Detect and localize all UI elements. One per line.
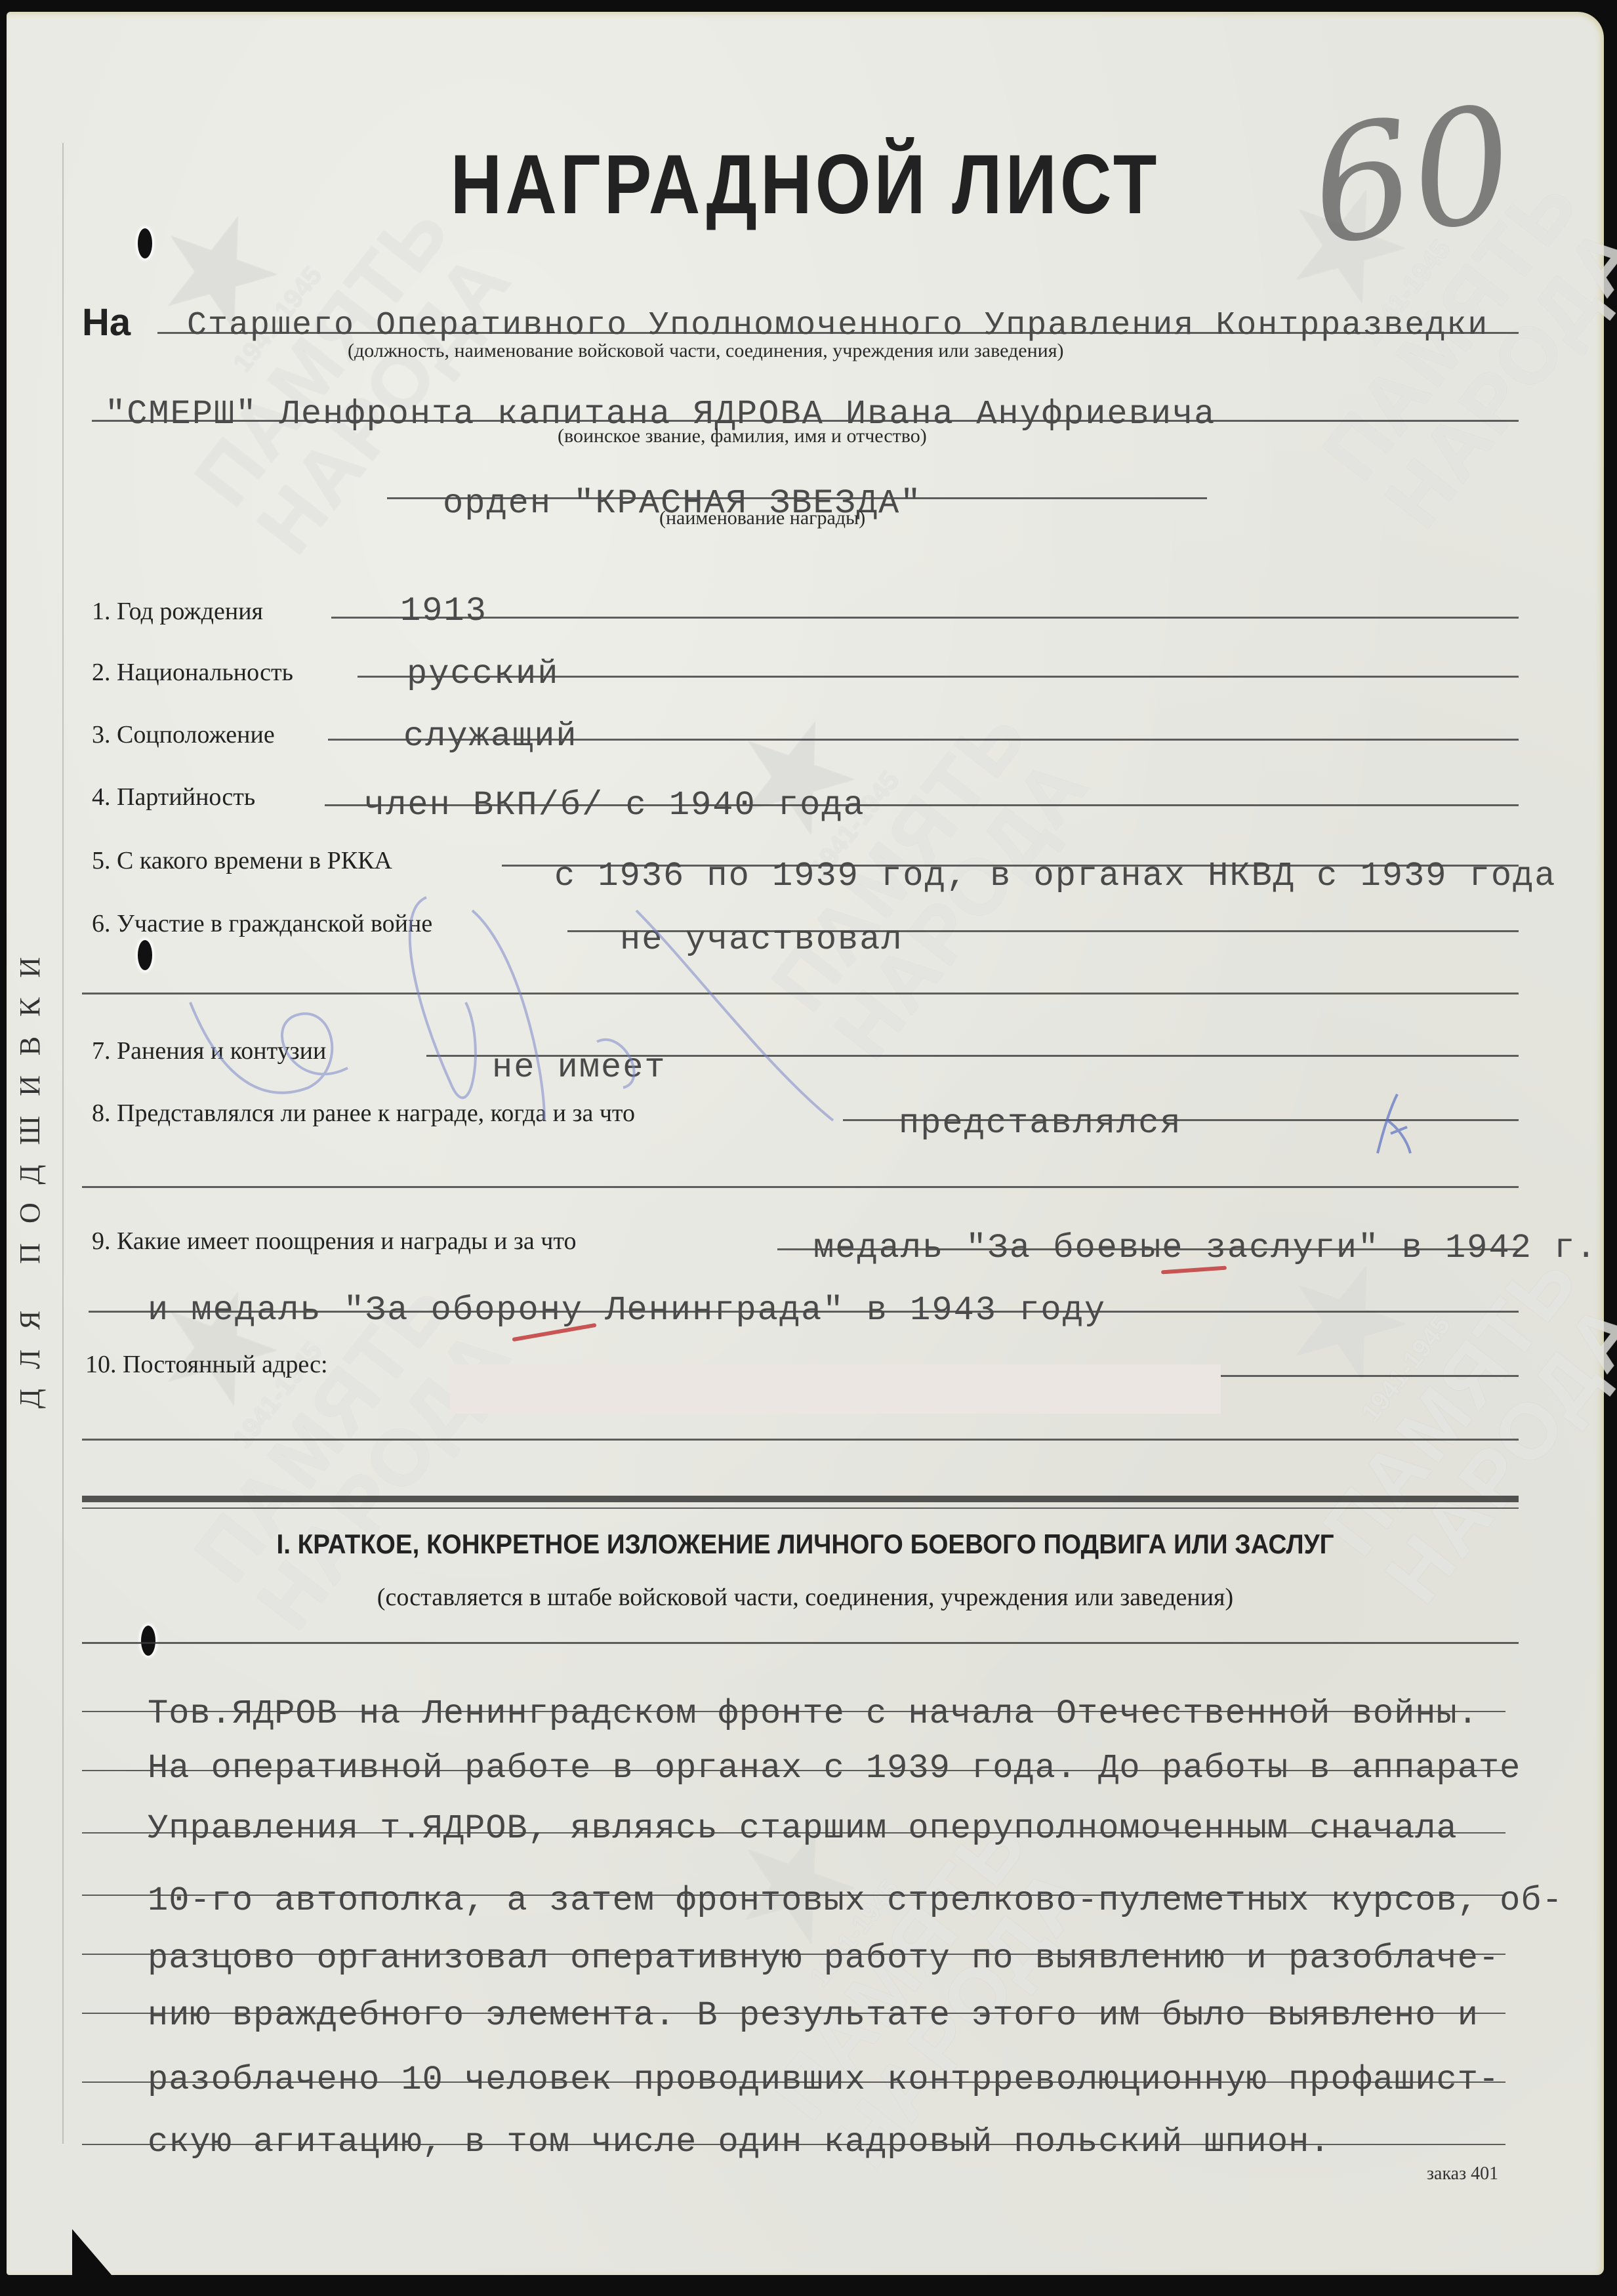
narrative-line: На оперативной работе в органах с 1939 г… bbox=[148, 1749, 1521, 1788]
field-value-party: член ВКП/б/ с 1940 года bbox=[364, 786, 865, 825]
redacted-address bbox=[450, 1364, 1221, 1414]
field-label-birth-year: 1. Год рождения bbox=[92, 597, 263, 626]
field-value-birth-year: 1913 bbox=[400, 592, 487, 630]
narrative-line: Управления т.ЯДРОВ, являясь старшим опер… bbox=[148, 1809, 1458, 1848]
section-subheading: (составляется в штабе войсковой части, с… bbox=[7, 1583, 1604, 1612]
torn-corner bbox=[72, 2229, 112, 2275]
rule bbox=[1220, 1375, 1519, 1377]
field-label-awards: 9. Какие имеет поощрения и награды и за … bbox=[92, 1227, 577, 1256]
narrative-line: 10-го автополка, а затем фронтовых стрел… bbox=[148, 1881, 1563, 1920]
position-value: Старшего Оперативного Уполномоченного Уп… bbox=[187, 307, 1488, 344]
field-label-nationality: 2. Национальность bbox=[92, 658, 293, 687]
award-caption: (наименование награды) bbox=[659, 507, 865, 529]
field-value-social-status: служащий bbox=[403, 717, 578, 756]
field-value-nationality: русский bbox=[407, 655, 559, 693]
print-order-number: заказ 401 bbox=[1427, 2163, 1498, 2184]
rule bbox=[82, 1186, 1519, 1188]
punch-hole-icon bbox=[138, 940, 152, 970]
blue-pencil-mark bbox=[1371, 1088, 1417, 1160]
name-caption: (воинское звание, фамилия, имя и отчеств… bbox=[558, 425, 927, 447]
narrative-line: разцово организовал оперативную работу п… bbox=[148, 1939, 1500, 1978]
field-label-party: 4. Партийность bbox=[92, 783, 255, 811]
section-divider bbox=[82, 1507, 1519, 1509]
narrative-line: нию враждебного элемента. В результате э… bbox=[148, 1996, 1479, 2035]
section-heading: I. КРАТКОЕ, КОНКРЕТНОЕ ИЗЛОЖЕНИЕ ЛИЧНОГО… bbox=[70, 1528, 1540, 1560]
rule bbox=[82, 1642, 1519, 1644]
narrative-line: Тов.ЯДРОВ на Ленинградском фронте с нача… bbox=[148, 1694, 1479, 1733]
field-value-awards: медаль "За боевые заслуги" в 1942 г. bbox=[813, 1229, 1597, 1267]
field-value-prior-nomination: представлялся bbox=[899, 1104, 1182, 1143]
field-label-social-status: 3. Соцположение bbox=[92, 720, 275, 749]
page-title: НАГРАДНОЙ ЛИСТ bbox=[127, 136, 1484, 233]
binding-margin-line bbox=[62, 143, 64, 2144]
star-icon: ★ bbox=[1183, 1140, 1505, 1502]
section-divider bbox=[82, 1496, 1519, 1502]
rule bbox=[82, 1439, 1519, 1441]
header-prefix: На bbox=[82, 300, 131, 344]
award-sheet-page: ДЛЯ ПОДШИВКИ ★ 1941-1945 ПАМЯТЬ НАРОДА ★… bbox=[7, 12, 1604, 2275]
field-value-awards-line2: и медаль "За оборону Ленинграда" в 1943 … bbox=[148, 1291, 1106, 1330]
binding-label: ДЛЯ ПОДШИВКИ bbox=[13, 884, 52, 1462]
rule bbox=[331, 617, 1519, 619]
star-icon: ★ bbox=[54, 1166, 377, 1528]
field-label-address: 10. Постоянный адрес: bbox=[85, 1350, 328, 1379]
narrative-line: скую агитацию, в том числе один кадровый… bbox=[148, 2123, 1330, 2162]
position-caption: (должность, наименование войсковой части… bbox=[348, 340, 1063, 362]
narrative-line: разоблачено 10 человек проводивших контр… bbox=[148, 2060, 1500, 2099]
punch-hole-icon bbox=[141, 1626, 155, 1656]
pencil-page-number: 60 bbox=[1300, 71, 1524, 281]
blue-pencil-signature bbox=[177, 871, 866, 1147]
